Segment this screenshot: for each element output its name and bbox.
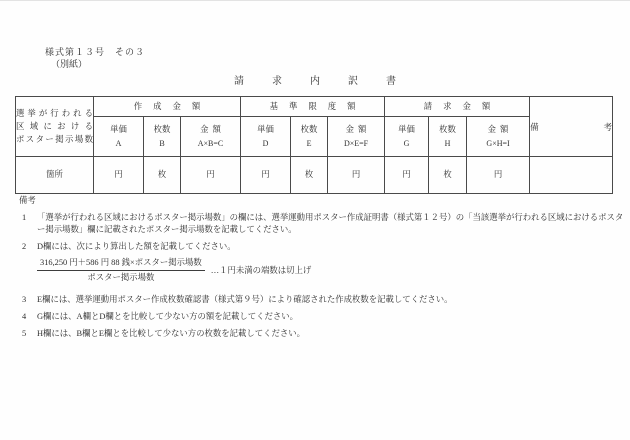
col-name: 単価: [241, 123, 290, 137]
col-name: 金額: [328, 123, 384, 137]
cell-unit-price-a: 円: [94, 157, 144, 194]
invoice-breakdown-table: 選挙が行われる 区域における ポスター掲示場数 作成金額 基準限度額 請求金額 …: [15, 96, 613, 194]
note-text: H欄には、B欄とE欄とを比較して少ない方の枚数を記載してください。: [37, 328, 615, 340]
col-code: A×B=C: [181, 137, 240, 150]
group-header-claim-amount: 請求金額: [385, 97, 530, 117]
cell-amount-c: 円: [181, 157, 241, 194]
attachment-label: （別紙）: [51, 57, 87, 70]
cell-remarks: [530, 157, 613, 194]
note-item-2: 2 D欄には、次により算出した額を記載してください。 316,250 円＋586…: [19, 241, 615, 289]
note-text: E欄には、選挙運動用ポスター作成枚数確認書（様式第９号）により確認された作成枚数…: [37, 294, 615, 306]
note-body: D欄には、次により算出した額を記載してください。 316,250 円＋586 円…: [37, 241, 615, 289]
col-header-sheets-h: 枚数 H: [429, 117, 467, 157]
note-number: 2: [19, 241, 37, 289]
col-header-amount-c: 金額 A×B=C: [181, 117, 241, 157]
col-code: D×E=F: [328, 137, 384, 150]
col-code: E: [291, 137, 327, 150]
note-number: 1: [19, 212, 37, 236]
fraction: 316,250 円＋586 円 88 銭×ポスター掲示場数 ポスター掲示場数: [37, 257, 205, 284]
col-name: 単価: [385, 123, 428, 137]
note-number: 4: [19, 311, 37, 323]
col-code: D: [241, 137, 290, 150]
row-header-line: 選挙が行われる: [16, 107, 93, 120]
col-header-amount-f: 金額 D×E=F: [328, 117, 385, 157]
note-item-5: 5 H欄には、B欄とE欄とを比較して少ない方の枚数を記載してください。: [19, 328, 615, 340]
note-number: 5: [19, 328, 37, 340]
note-text: D欄には、次により算出した額を記載してください。: [37, 241, 615, 253]
col-name: 枚数: [291, 123, 327, 137]
cell-unit-price-g: 円: [385, 157, 429, 194]
note-text: 「選挙が行われる区域におけるポスター掲示場数」の欄には、選挙運動用ポスター作成証…: [37, 212, 615, 224]
cell-amount-i: 円: [467, 157, 530, 194]
notes-section: 備考 1 「選挙が行われる区域におけるポスター掲示場数」の欄には、選挙運動用ポス…: [19, 195, 615, 340]
col-name: 枚数: [144, 123, 180, 137]
col-header-unit-price-a: 単価 A: [94, 117, 144, 157]
note-text: ー掲示場数」欄に記載されたポスター掲示場数を記載してください。: [37, 224, 615, 236]
document-page: 様式第１３号 その３ （別紙） 請求内訳書 選挙が行われる 区域における ポスタ…: [0, 0, 630, 440]
page-title: 請求内訳書: [0, 72, 630, 87]
cell-unit-price-d: 円: [241, 157, 291, 194]
col-code: A: [94, 137, 143, 150]
col-header-amount-i: 金額 G×H=I: [467, 117, 530, 157]
note-item-3: 3 E欄には、選挙運動用ポスター作成枚数確認書（様式第９号）により確認された作成…: [19, 294, 615, 306]
rounding-note: …１円未満の端数は切上げ: [211, 265, 312, 277]
unit-price-formula: 316,250 円＋586 円 88 銭×ポスター掲示場数 ポスター掲示場数 ……: [37, 257, 615, 284]
col-code: G×H=I: [467, 137, 529, 150]
note-number: 3: [19, 294, 37, 306]
cell-sheets-h: 枚: [429, 157, 467, 194]
note-item-1: 1 「選挙が行われる区域におけるポスター掲示場数」の欄には、選挙運動用ポスター作…: [19, 212, 615, 236]
notes-heading: 備考: [19, 195, 615, 207]
note-body: E欄には、選挙運動用ポスター作成枚数確認書（様式第９号）により確認された作成枚数…: [37, 294, 615, 306]
cell-amount-f: 円: [328, 157, 385, 194]
row-header-line: ポスター掲示場数: [16, 133, 93, 146]
note-body: 「選挙が行われる区域におけるポスター掲示場数」の欄には、選挙運動用ポスター作成証…: [37, 212, 615, 236]
col-code: G: [385, 137, 428, 150]
row-header-poster-sites: 選挙が行われる 区域における ポスター掲示場数: [16, 97, 94, 157]
col-name: 枚数: [429, 123, 466, 137]
col-header-sheets-b: 枚数 B: [144, 117, 181, 157]
note-text: G欄には、A欄とD欄とを比較して少ない方の額を記載してください。: [37, 311, 615, 323]
cell-sheets-b: 枚: [144, 157, 181, 194]
row-header-line: 区域における: [16, 120, 93, 133]
cell-poster-site-count: 箇所: [16, 157, 94, 194]
col-name: 単価: [94, 123, 143, 137]
fraction-numerator: 316,250 円＋586 円 88 銭×ポスター掲示場数: [37, 257, 205, 271]
remarks-column-header: 備考: [530, 97, 613, 157]
col-code: H: [429, 137, 466, 150]
cell-sheets-e: 枚: [291, 157, 328, 194]
col-name: 金額: [181, 123, 240, 137]
group-header-standard-limit: 基準限度額: [241, 97, 385, 117]
note-body: G欄には、A欄とD欄とを比較して少ない方の額を記載してください。: [37, 311, 615, 323]
col-header-sheets-e: 枚数 E: [291, 117, 328, 157]
col-header-unit-price-d: 単価 D: [241, 117, 291, 157]
note-body: H欄には、B欄とE欄とを比較して少ない方の枚数を記載してください。: [37, 328, 615, 340]
group-header-production-amount: 作成金額: [94, 97, 241, 117]
fraction-denominator: ポスター掲示場数: [37, 271, 205, 284]
note-item-4: 4 G欄には、A欄とD欄とを比較して少ない方の額を記載してください。: [19, 311, 615, 323]
col-header-unit-price-g: 単価 G: [385, 117, 429, 157]
col-name: 金額: [467, 123, 529, 137]
col-code: B: [144, 137, 180, 150]
